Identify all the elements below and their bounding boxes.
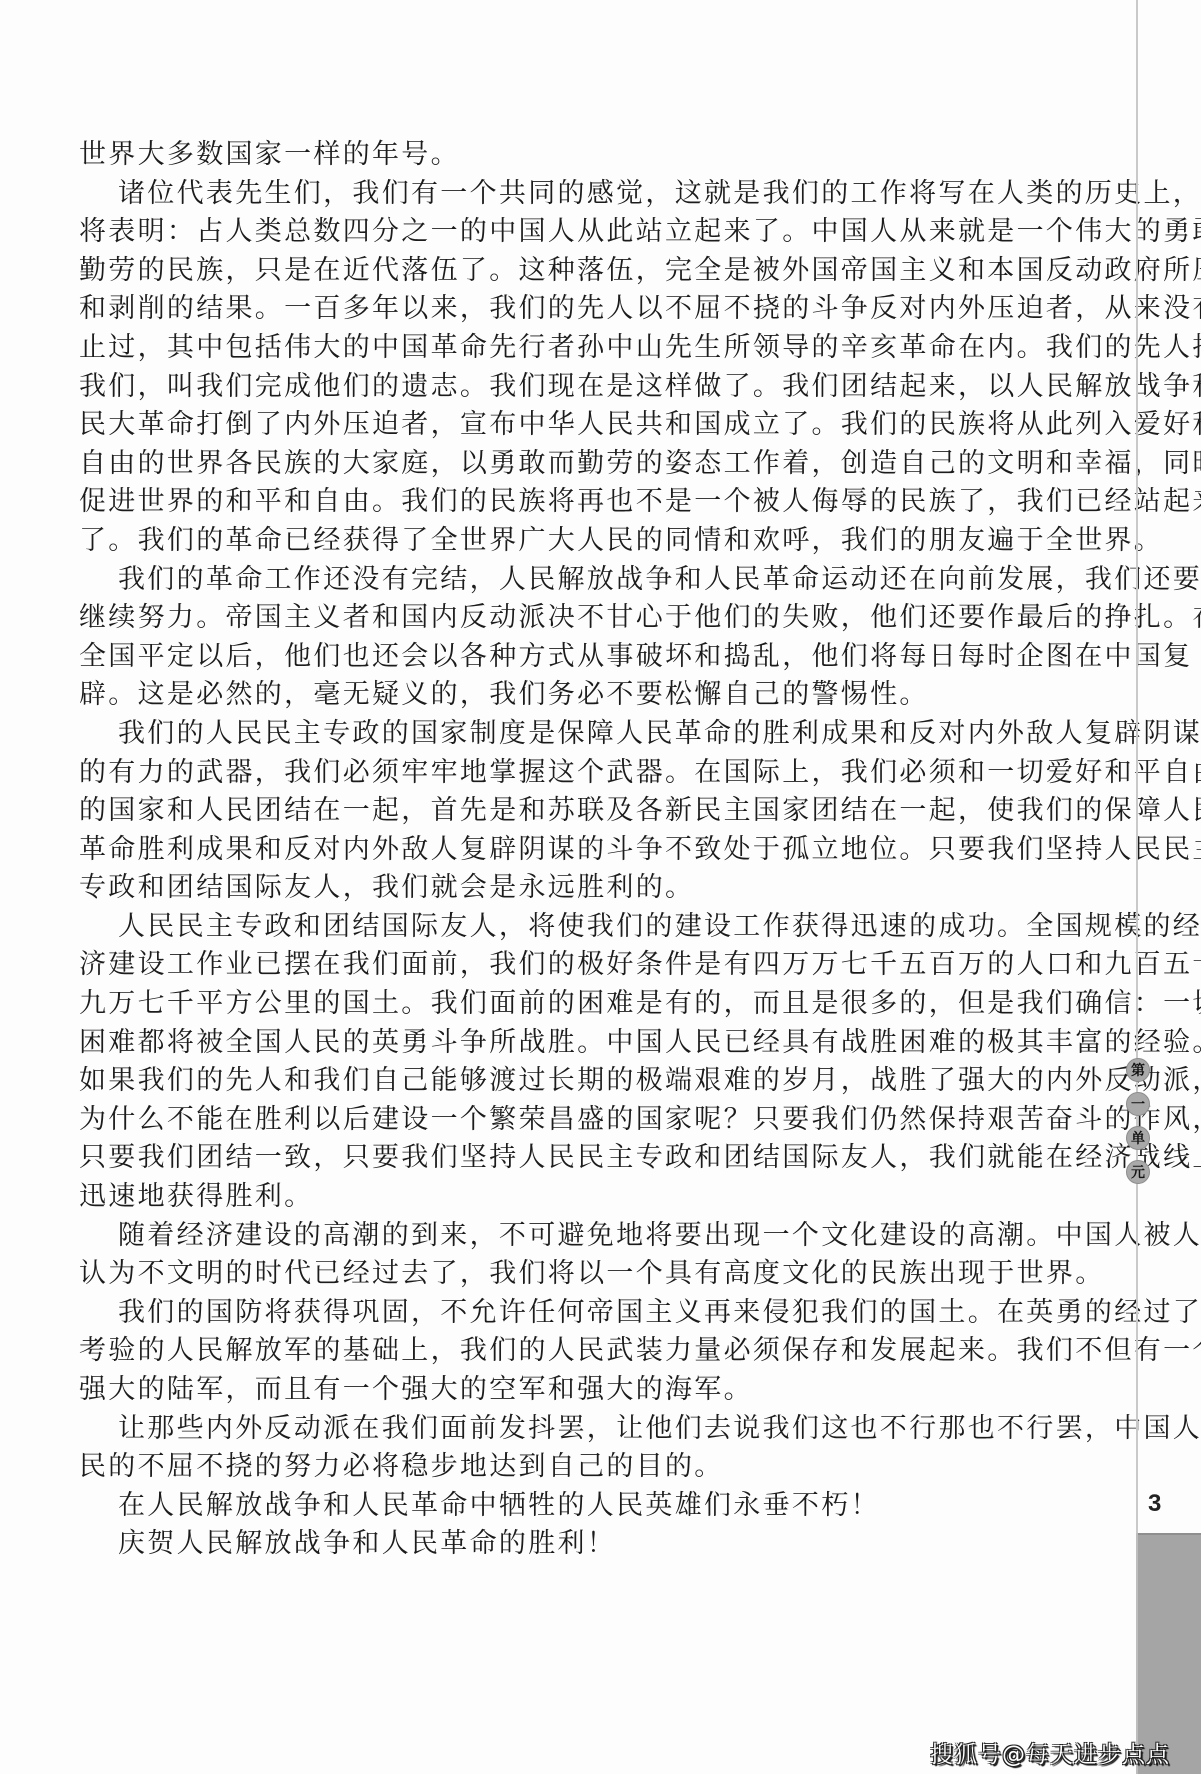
text-line: 革命胜利成果和反对内外敌人复辟阴谋的斗争不致处于孤立地位。只要我们坚持人民民主 <box>79 831 1089 870</box>
text-line: 和剥削的结果。一百多年以来，我们的先人以不屈不挠的斗争反对内外压迫者，从来没有停 <box>79 290 1089 329</box>
watermark: 搜狐号@每天进步点点 <box>930 1736 1170 1769</box>
unit-tab: 第 一 单 元 <box>1126 1058 1150 1194</box>
text-line: 九万七千平方公里的国土。我们面前的困难是有的，而且是很多的，但是我们确信：一切 <box>79 985 1089 1024</box>
text-line: 庆贺人民解放战争和人民革命的胜利！ <box>79 1525 1089 1564</box>
text-line: 考验的人民解放军的基础上，我们的人民武装力量必须保存和发展起来。我们不但有一个 <box>79 1332 1089 1371</box>
text-line: 了。我们的革命已经获得了全世界广大人民的同情和欢呼，我们的朋友遍于全世界。 <box>79 522 1089 561</box>
text-line: 促进世界的和平和自由。我们的民族将再也不是一个被人侮辱的民族了，我们已经站起来 <box>79 483 1089 522</box>
text-line: 为什么不能在胜利以后建设一个繁荣昌盛的国家呢？只要我们仍然保持艰苦奋斗的作风， <box>79 1101 1089 1140</box>
text-line: 我们的国防将获得巩固，不允许任何帝国主义再来侵犯我们的国土。在英勇的经过了 <box>79 1294 1089 1333</box>
text-line: 自由的世界各民族的大家庭，以勇敢而勤劳的姿态工作着，创造自己的文明和幸福，同时也 <box>79 445 1089 484</box>
text-line: 在人民解放战争和人民革命中牺牲的人民英雄们永垂不朽！ <box>79 1487 1089 1526</box>
text-line: 全国平定以后，他们也还会以各种方式从事破坏和捣乱，他们将每日每时企图在中国复 <box>79 638 1089 677</box>
unit-badge-3: 单 <box>1126 1126 1150 1150</box>
text-line: 随着经济建设的高潮的到来，不可避免地将要出现一个文化建设的高潮。中国人被人 <box>79 1217 1089 1256</box>
text-line: 如果我们的先人和我们自己能够渡过长期的极端艰难的岁月，战胜了强大的内外反动派， <box>79 1062 1089 1101</box>
text-line: 的有力的武器，我们必须牢牢地掌握这个武器。在国际上，我们必须和一切爱好和平自由 <box>79 754 1089 793</box>
text-line: 勤劳的民族，只是在近代落伍了。这种落伍，完全是被外国帝国主义和本国反动政府所压迫 <box>79 252 1089 291</box>
unit-badge-4: 元 <box>1126 1160 1150 1184</box>
margin-rule <box>1136 0 1138 1533</box>
text-line: 的国家和人民团结在一起，首先是和苏联及各新民主国家团结在一起，使我们的保障人民 <box>79 792 1089 831</box>
text-line: 我们的革命工作还没有完结，人民解放战争和人民革命运动还在向前发展，我们还要 <box>79 561 1089 600</box>
text-line: 让那些内外反动派在我们面前发抖罢，让他们去说我们这也不行那也不行罢，中国人 <box>79 1410 1089 1449</box>
textbook-page: 世界大多数国家一样的年号。诸位代表先生们，我们有一个共同的感觉，这就是我们的工作… <box>0 0 1201 1774</box>
text-line: 困难都将被全国人民的英勇斗争所战胜。中国人民已经具有战胜困难的极其丰富的经验。 <box>79 1024 1089 1063</box>
text-line: 辟。这是必然的，毫无疑义的，我们务必不要松懈自己的警惕性。 <box>79 676 1089 715</box>
text-line: 我们的人民民主专政的国家制度是保障人民革命的胜利成果和反对内外敌人复辟阴谋 <box>79 715 1089 754</box>
text-line: 民大革命打倒了内外压迫者，宣布中华人民共和国成立了。我们的民族将从此列入爱好和平 <box>79 406 1089 445</box>
text-line: 民的不屈不挠的努力必将稳步地达到自己的目的。 <box>79 1448 1089 1487</box>
text-line: 认为不文明的时代已经过去了，我们将以一个具有高度文化的民族出现于世界。 <box>79 1255 1089 1294</box>
text-line: 只要我们团结一致，只要我们坚持人民民主专政和团结国际友人，我们就能在经济战线上 <box>79 1139 1089 1178</box>
text-line: 将表明：占人类总数四分之一的中国人从此站立起来了。中国人从来就是一个伟大的勇敢的 <box>79 213 1089 252</box>
unit-badge-1: 第 <box>1126 1058 1150 1082</box>
unit-badge-2: 一 <box>1126 1092 1150 1116</box>
text-line: 济建设工作业已摆在我们面前，我们的极好条件是有四万万七千五百万的人口和九百五十 <box>79 946 1089 985</box>
text-line: 迅速地获得胜利。 <box>79 1178 1089 1217</box>
text-line: 继续努力。帝国主义者和国内反动派决不甘心于他们的失败，他们还要作最后的挣扎。在 <box>79 599 1089 638</box>
text-line: 强大的陆军，而且有一个强大的空军和强大的海军。 <box>79 1371 1089 1410</box>
page-number: 3 <box>1148 1490 1161 1518</box>
text-line: 专政和团结国际友人，我们就会是永远胜利的。 <box>79 869 1089 908</box>
body-text: 世界大多数国家一样的年号。诸位代表先生们，我们有一个共同的感觉，这就是我们的工作… <box>79 136 1089 1564</box>
text-line: 人民民主专政和团结国际友人，将使我们的建设工作获得迅速的成功。全国规模的经 <box>79 908 1089 947</box>
text-line: 止过，其中包括伟大的中国革命先行者孙中山先生所领导的辛亥革命在内。我们的先人指示 <box>79 329 1089 368</box>
text-line: 世界大多数国家一样的年号。 <box>79 136 1089 175</box>
text-line: 诸位代表先生们，我们有一个共同的感觉，这就是我们的工作将写在人类的历史上，它 <box>79 175 1089 214</box>
text-line: 我们，叫我们完成他们的遗志。我们现在是这样做了。我们团结起来，以人民解放战争和人 <box>79 368 1089 407</box>
